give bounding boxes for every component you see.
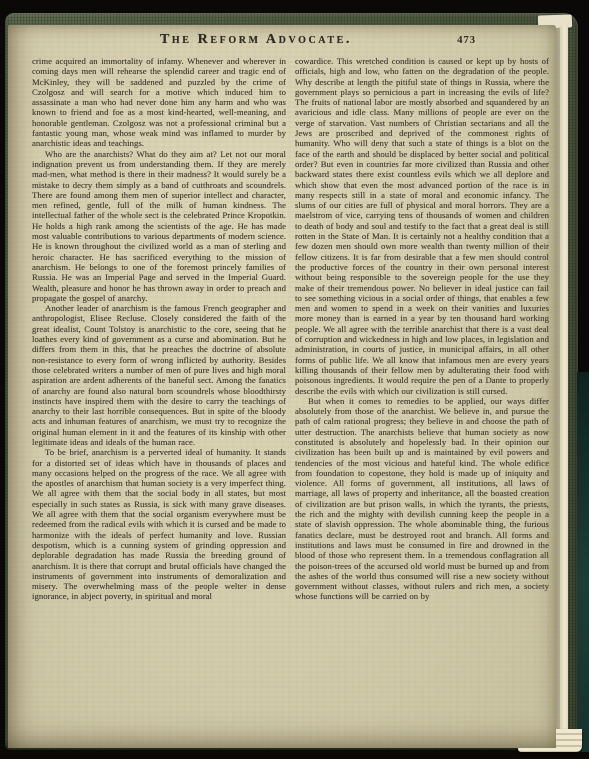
page-header: The Reform Advocate. 473 (32, 32, 550, 52)
paragraph: cowardice. This wretched condition is ca… (295, 56, 549, 396)
scanned-page: The Reform Advocate. 473 crime acquired … (8, 25, 556, 748)
page-edge-stack-light (560, 26, 568, 742)
book-scan-photo: { "book": { "header": { "title": "The Re… (0, 0, 589, 759)
text-columns: crime acquired an immortality of infamy.… (32, 56, 550, 737)
paragraph: To be brief, anarchism is a perverted id… (32, 447, 286, 601)
text-column-left: crime acquired an immortality of infamy.… (32, 56, 286, 737)
paragraph: Who are the anarchists? What do they aim… (32, 149, 286, 303)
paragraph: Another leader of anarchism is the famou… (32, 303, 286, 447)
paragraph: crime acquired an immortality of infamy.… (32, 56, 286, 149)
paragraph: But when it comes to remedies to be appl… (295, 396, 549, 602)
page-number: 473 (457, 35, 476, 46)
text-column-right: cowardice. This wretched condition is ca… (295, 56, 549, 737)
cover-spine-shadow (577, 372, 589, 752)
